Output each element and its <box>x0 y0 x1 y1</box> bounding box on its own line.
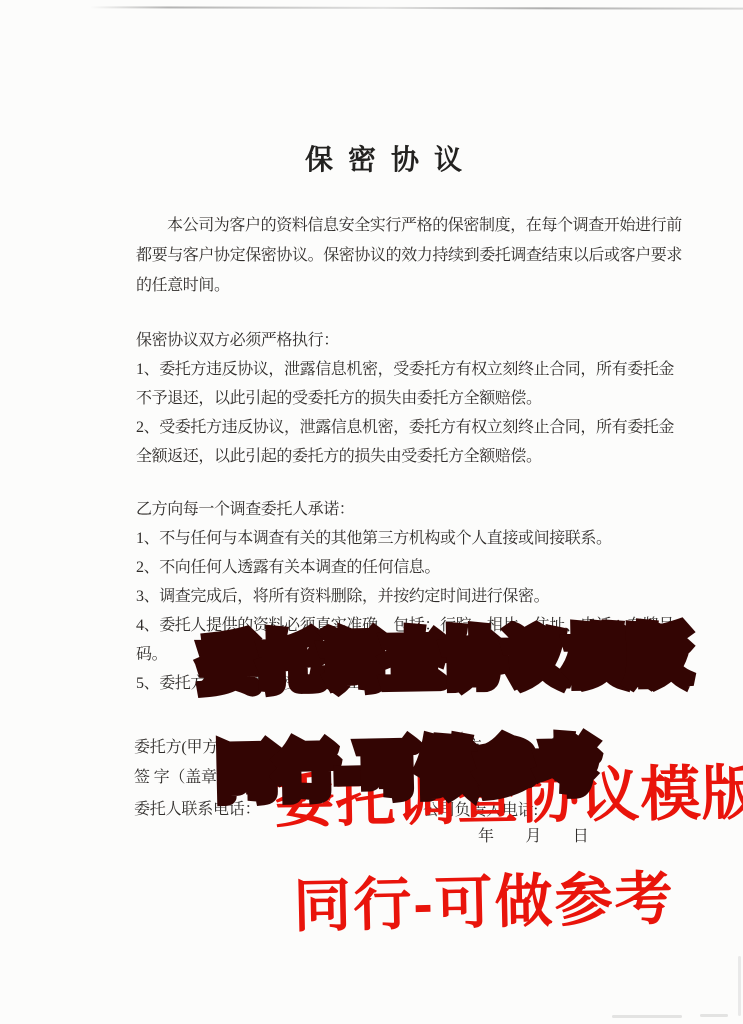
section1-heading: 保密协议双方必须严格执行： <box>136 326 339 356</box>
scan-edge-line <box>90 6 743 9</box>
section2-item-line: 3、调查完成后，将所有资料删除，并按约定时间进行保密。 <box>136 582 696 611</box>
section2-item-line: 1、不与任何与本调查有关的其他第三方机构或个人直接或间接联系。 <box>136 524 696 553</box>
section1-item-line: 全额返还，以此引起的委托方的损失由受委托方全额赔偿。 <box>136 442 696 471</box>
section1-item-line: 不予退还，以此引起的受委托方的损失由委托方全额赔偿。 <box>136 384 696 413</box>
watermark-outline-text: 委托调查协议模版 <box>200 608 689 703</box>
scanned-document-page: 保 密 协 议 本公司为客户的资料信息安全实行严格的保密制度，在每个调查开始进行… <box>0 0 743 1024</box>
intro-line: 本公司为客户的资料信息安全实行严格的保密制度，在每个调查开始进行前 <box>136 211 696 241</box>
scan-artifact <box>738 956 741 1016</box>
section1-item-line: 2、受委托方违反协议，泄露信息机密，委托方有权立刻终止合同，所有委托金 <box>136 413 696 442</box>
scan-artifact <box>700 1014 728 1017</box>
watermark-reference-note: 同行-可做参考 同行-可做参考 <box>217 717 677 1011</box>
scan-artifact <box>612 1015 682 1018</box>
section1-item-line: 1、委托方违反协议，泄露信息机密，受委托方有权立刻终止合同，所有委托金 <box>136 355 696 384</box>
intro-paragraph: 本公司为客户的资料信息安全实行严格的保密制度，在每个调查开始进行前 都要与客户协… <box>136 211 696 301</box>
intro-line: 的任意时间。 <box>136 271 696 301</box>
section2-item-line: 2、不向任何人透露有关本调查的任何信息。 <box>136 553 696 582</box>
watermark-fill-text: 同行-可做参考 <box>293 866 676 939</box>
intro-line: 都要与客户协定保密协议。保密协议的效力持续到委托调查结束以后或客户要求 <box>136 241 696 271</box>
section1-items: 1、委托方违反协议，泄露信息机密，受委托方有权立刻终止合同，所有委托金 不予退还… <box>136 355 696 471</box>
watermark-outline-text: 同行-可做参考 <box>217 719 600 811</box>
section2-heading: 乙方向每一个调查委托人承诺： <box>136 495 354 525</box>
document-title: 保 密 协 议 <box>14 138 743 178</box>
